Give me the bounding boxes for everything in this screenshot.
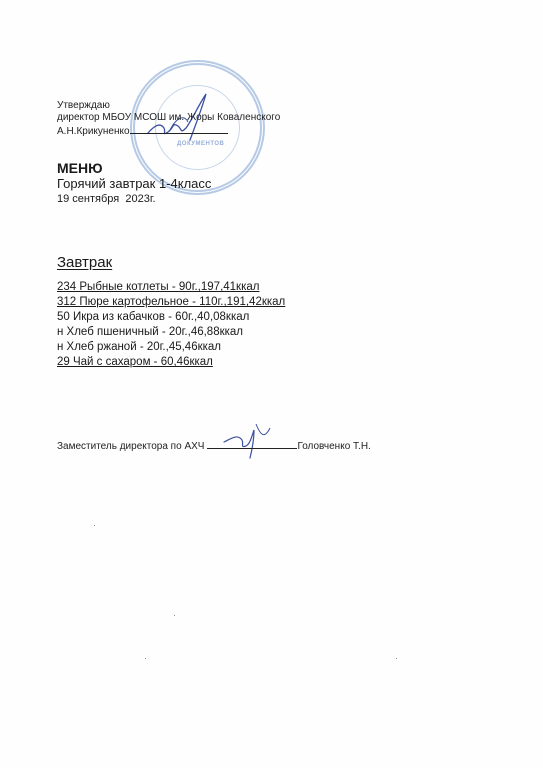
menu-item: 50 Икра из кабачков - 60г.,40,08ккал: [57, 310, 285, 325]
scan-speck: [174, 615, 175, 616]
signature-line: [130, 124, 228, 134]
director-name: А.Н.Крикуненко: [57, 126, 130, 137]
meal-heading: Завтрак: [57, 254, 112, 272]
menu-item: 312 Пюре картофельное - 110г.,191,42ккал: [57, 295, 285, 310]
menu-items-list: 234 Рыбные котлеты - 90г.,197,41ккал 312…: [57, 280, 285, 370]
menu-date: 19 сентября 2023г.: [57, 192, 211, 206]
title-block: МЕНЮ Горячий завтрак 1-4класс 19 сентябр…: [57, 160, 211, 206]
menu-subtitle: Горячий завтрак 1-4класс: [57, 176, 211, 192]
scan-speck: [145, 658, 146, 659]
scan-speck: [396, 658, 397, 659]
director-title: директор МБОУ МСОШ им. Жоры Коваленского: [57, 112, 280, 124]
menu-item: 29 Чай с сахаром - 60,46ккал: [57, 355, 285, 370]
stamp-text: ДОКУМЕНТОВ: [177, 141, 224, 147]
menu-item: 234 Рыбные котлеты - 90г.,197,41ккал: [57, 280, 285, 295]
document-page: ДОКУМЕНТОВ Утверждаю директор МБОУ МСОШ …: [0, 0, 543, 768]
director-name-row: А.Н.Крикуненко: [57, 124, 280, 138]
deputy-position: Заместитель директора по АХЧ: [57, 441, 204, 452]
page-title: МЕНЮ: [57, 160, 211, 176]
scan-speck: [94, 525, 95, 526]
deputy-name: Головченко Т.Н.: [297, 441, 370, 452]
deputy-signature-line: [207, 439, 297, 449]
menu-item: н Хлеб ржаной - 20г.,45,46ккал: [57, 340, 285, 355]
menu-item: н Хлеб пшеничный - 20г.,46,88ккал: [57, 325, 285, 340]
approval-block: Утверждаю директор МБОУ МСОШ им. Жоры Ко…: [57, 100, 280, 138]
deputy-signature-row: Заместитель директора по АХЧГоловченко Т…: [57, 439, 371, 453]
approval-label: Утверждаю: [57, 100, 280, 112]
